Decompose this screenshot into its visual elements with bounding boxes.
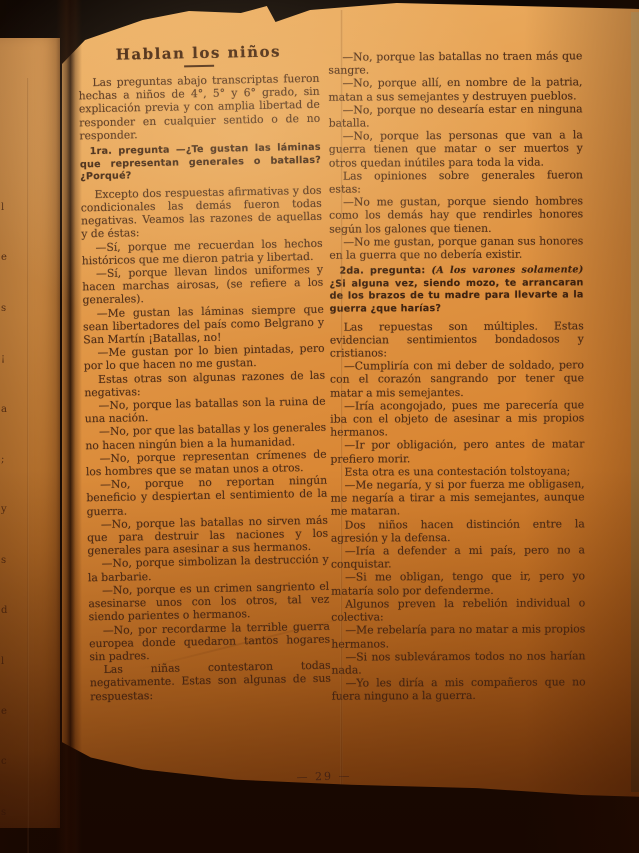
paragraph: Dos niños hacen distinción entre la agre… [331,517,585,545]
edge-fragment: s [1,808,15,818]
text-column-left: Hablan los niños Las preguntas abajo tra… [78,42,332,703]
paragraph: Algunos preven la rebelión individual o … [331,596,585,624]
paragraph: Las repuestas son múltiples. Estas evide… [330,319,584,360]
edge-fragment: l [1,203,15,213]
paragraph: —No, porque no desearía estar en ninguna… [329,102,583,130]
paragraph: —Me rebelaría para no matar a mis propio… [331,623,585,651]
paragraph-segment: 2da. pregunta: [339,265,431,276]
paragraph: —Sí, porque llevan lindos uniformes y ha… [82,263,324,307]
paragraph: —Si me obligan, tengo que ir, pero yo ma… [331,570,585,598]
paragraph: —No, porque no reportan ningún beneficio… [86,474,328,518]
paragraph: Esta otra es una contestación tolstoyana… [330,464,584,479]
edge-fragment: s [1,304,15,314]
paragraph-list-left: Las preguntas abajo transcriptas fueron … [78,72,331,703]
facing-page-edge: les¡a;ysdlecs [0,38,60,828]
paragraph: —No me gustan, porque ganan sus honores … [329,234,583,262]
paragraph-segment: (A los varones solamente) [431,265,583,277]
paragraph: —Si nos subleváramos todos no nos harían… [331,649,585,677]
book-gutter-shadow [56,0,82,853]
book-page: Hablan los niños Las preguntas abajo tra… [62,0,639,853]
edge-fragment: c [1,757,15,767]
paragraph: —No, porque las batallas no traen más qu… [328,49,582,77]
paragraph-list-right: —No, porque las batallas no traen más qu… [328,49,585,703]
edge-fragment: e [1,253,15,263]
paragraph: —Ir por obligación, pero antes de matar … [330,438,584,466]
paragraph-segment: ¿Si alguna vez, siendo mozo, te arrancar… [329,277,583,315]
paragraph: 2da. pregunta: (A los varones solamente)… [329,265,583,317]
paragraph: —No, porque las personas que van a la gu… [329,129,583,170]
page-title: Hablan los niños [78,42,319,65]
edge-fragment: e [1,707,15,717]
paragraph: —No, porque allí, en nombre de la patria… [328,76,582,104]
edge-fragment: l [1,657,15,667]
edge-fragment: ¡ [1,354,15,364]
paragraph: —Iría acongojado, pues me parecería que … [330,398,584,439]
paragraph: —No, por recordarme la terrible guerra e… [89,619,331,663]
paragraph: —No me gustan, porque siendo hombres com… [329,195,583,236]
paragraph: Las opiniones sobre generales fueron est… [329,168,583,196]
text-column-right: —No, porque las batallas no traen más qu… [328,49,585,703]
paragraph: —Me negaría, y si por fuerza me obligase… [331,477,585,518]
edge-fragment: ; [1,455,15,465]
paragraph: —Cumpliría con mi deber de soldado, pero… [330,359,584,400]
facing-page-text-fragments: les¡a;ysdlecs [1,203,15,818]
edge-fragment: a [1,405,15,415]
paragraph: —No, porque las batallas no sirven más q… [87,514,329,558]
edge-fragment: d [1,606,15,616]
title-rule [184,65,214,68]
paragraph: 1ra. pregunta —¿Te gustan las láminas qu… [80,142,322,184]
edge-fragment: y [1,505,15,515]
paragraph: Excepto dos respuestas afirmativas y dos… [80,184,322,241]
paragraph: —Iría a defender a mi país, pero no a co… [331,543,585,571]
edge-fragment: s [1,556,15,566]
paragraph: —Yo les diría a mis compañeros que no fu… [332,675,586,703]
book-photo: les¡a;ysdlecs Hablan los niños Las pregu… [0,0,639,853]
paragraph: Las niñas contestaron todas negativament… [90,659,332,703]
paragraph: Las preguntas abajo transcriptas fueron … [78,72,320,143]
paragraph: —Me gustan las láminas siempre que sean … [83,302,325,346]
page-number: — 29 — [284,769,364,784]
paper-crease [27,78,29,853]
page-stack-edge [631,12,639,792]
paragraph: —No, porque es un crimen sangriento el a… [88,580,330,624]
